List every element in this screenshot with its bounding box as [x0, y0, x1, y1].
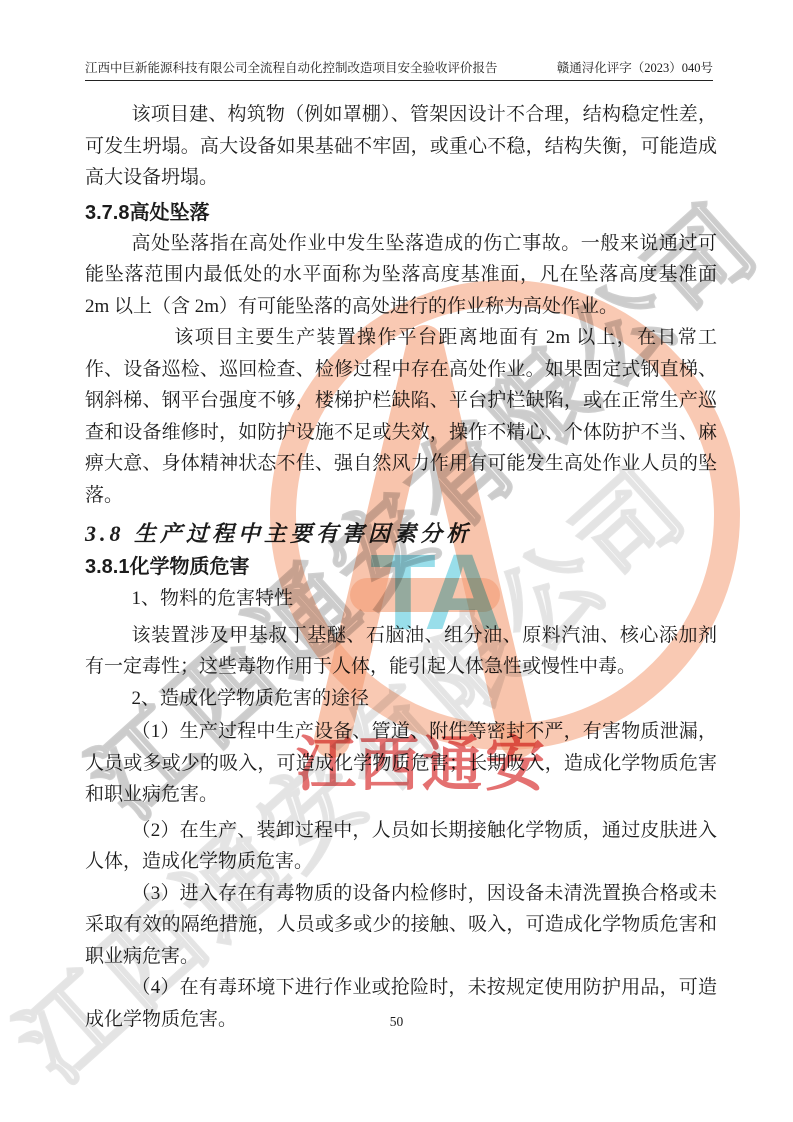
header-title: 江西中巨新能源科技有限公司全流程自动化控制改造项目安全验收评价报告 — [85, 59, 498, 77]
heading-3-8-1: 3.8.1化学物质危害 — [85, 551, 717, 583]
report-page: 江西中巨新能源科技有限公司全流程自动化控制改造项目安全验收评价报告 赣通浔化评字… — [0, 0, 793, 1122]
paragraph-fall-definition: 高处坠落指在高处作业中发生坠落造成的伤亡事故。一般来说通过可能坠落范围内最低处的… — [85, 228, 717, 323]
list-item-2-title: 2、造成化学物质危害的途径 — [85, 683, 717, 715]
paragraph-way-1: （1）生产过程中生产设备、管道、附件等密封不严，有害物质泄漏，人员或多或少的吸入… — [85, 716, 717, 811]
page-header: 江西中巨新能源科技有限公司全流程自动化控制改造项目安全验收评价报告 赣通浔化评字… — [85, 59, 713, 81]
heading-3-8: 3.8 生产过程中主要有害因素分析 — [85, 517, 717, 551]
paragraph-fall-project: 该项目主要生产装置操作平台距离地面有 2m 以上，在日常工作、设备巡检、巡回检查… — [85, 322, 717, 511]
paragraph-way-3: （3）进入存在有毒物质的设备内检修时，因设备未清洗置换合格或未采取有效的隔绝措施… — [85, 878, 717, 973]
header-doc-number: 赣通浔化评字（2023）040号 — [557, 59, 713, 77]
document-body: 该项目建、构筑物（例如罩棚）、管架因设计不合理，结构稳定性差，可发生坍塌。高大设… — [85, 99, 717, 1035]
page-number: 50 — [0, 1014, 793, 1030]
paragraph-chemicals: 该装置涉及甲基叔丁基醚、石脑油、组分油、原料汽油、核心添加剂有一定毒性；这些毒物… — [85, 620, 717, 683]
paragraph-structure-collapse: 该项目建、构筑物（例如罩棚）、管架因设计不合理，结构稳定性差，可发生坍塌。高大设… — [85, 99, 717, 194]
heading-3-7-8: 3.7.8高处坠落 — [85, 198, 717, 228]
paragraph-way-2: （2）在生产、装卸过程中，人员如长期接触化学物质，通过皮肤进入人体，造成化学物质… — [85, 815, 717, 878]
list-item-1-title: 1、物料的危害特性 — [85, 583, 717, 615]
